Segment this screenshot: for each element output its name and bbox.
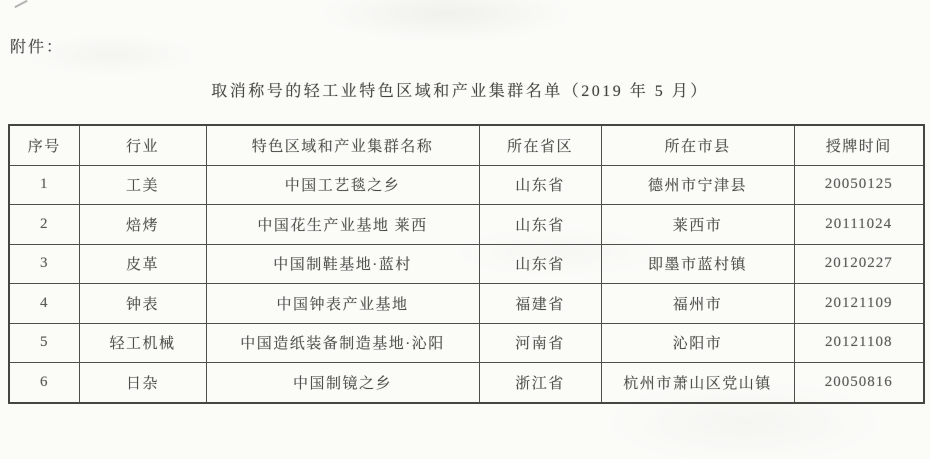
table-cell: 浙江省 [479, 363, 601, 403]
table-cell: 20121109 [794, 284, 924, 324]
table-cell: 杭州市萧山区党山镇 [601, 363, 794, 403]
column-header: 特色区域和产业集群名称 [206, 125, 479, 165]
table-cell: 20050125 [794, 165, 924, 205]
table-cell: 20120227 [794, 244, 924, 284]
table-cell: 中国工艺毯之乡 [206, 165, 479, 205]
column-header: 授牌时间 [794, 125, 924, 165]
table-body: 1工美中国工艺毯之乡山东省德州市宁津县200501252焙烤中国花生产业基地 莱… [9, 165, 924, 403]
table-cell: 山东省 [479, 165, 601, 205]
table-row: 1工美中国工艺毯之乡山东省德州市宁津县20050125 [9, 165, 924, 205]
table-cell: 即墨市蓝村镇 [601, 244, 794, 284]
table-cell: 沁阳市 [601, 323, 794, 363]
table-cell: 钟表 [79, 284, 206, 324]
scanned-document-page: { "page": { "attachment_label": "附件：", "… [0, 0, 930, 459]
table-cell: 中国花生产业基地 莱西 [206, 205, 479, 245]
clusters-table: 序号行业特色区域和产业集群名称所在省区所在市县授牌时间 1工美中国工艺毯之乡山东… [8, 124, 925, 404]
table-cell: 日杂 [79, 363, 206, 403]
table-cell: 中国制鞋基地·蓝村 [206, 244, 479, 284]
table-cell: 中国造纸装备制造基地·沁阳 [206, 323, 479, 363]
table-cell: 4 [9, 284, 79, 324]
table-cell: 山东省 [479, 205, 601, 245]
table-cell: 山东省 [479, 244, 601, 284]
table-cell: 莱西市 [601, 205, 794, 245]
table-cell: 1 [9, 165, 79, 205]
table-cell: 2 [9, 205, 79, 245]
table-cell: 福州市 [601, 284, 794, 324]
table-cell: 6 [9, 363, 79, 403]
table-row: 2焙烤中国花生产业基地 莱西山东省莱西市20111024 [9, 205, 924, 245]
table-cell: 轻工机械 [79, 323, 206, 363]
table-cell: 3 [9, 244, 79, 284]
table-cell: 5 [9, 323, 79, 363]
table-cell: 福建省 [479, 284, 601, 324]
table-row: 5轻工机械中国造纸装备制造基地·沁阳河南省沁阳市20121108 [9, 323, 924, 363]
table-cell: 德州市宁津县 [601, 165, 794, 205]
column-header: 行业 [79, 125, 206, 165]
table-cell: 河南省 [479, 323, 601, 363]
table-header-row: 序号行业特色区域和产业集群名称所在省区所在市县授牌时间 [9, 125, 924, 165]
table-cell: 皮革 [79, 244, 206, 284]
page-title: 取消称号的轻工业特色区域和产业集群名单（2019 年 5 月） [0, 78, 920, 101]
column-header: 序号 [9, 125, 79, 165]
table-cell: 中国钟表产业基地 [206, 284, 479, 324]
table-cell: 工美 [79, 165, 206, 205]
scan-artifact-mark [14, 0, 27, 8]
attachment-label: 附件： [10, 34, 64, 57]
table-row: 6日杂中国制镜之乡浙江省杭州市萧山区党山镇20050816 [9, 363, 924, 403]
table-cell: 20121108 [794, 323, 924, 363]
table-cell: 20050816 [794, 363, 924, 403]
table-row: 3皮革中国制鞋基地·蓝村山东省即墨市蓝村镇20120227 [9, 244, 924, 284]
table-cell: 中国制镜之乡 [206, 363, 479, 403]
table-cell: 焙烤 [79, 205, 206, 245]
column-header: 所在省区 [479, 125, 601, 165]
table-row: 4钟表中国钟表产业基地福建省福州市20121109 [9, 284, 924, 324]
column-header: 所在市县 [601, 125, 794, 165]
table-cell: 20111024 [794, 205, 924, 245]
